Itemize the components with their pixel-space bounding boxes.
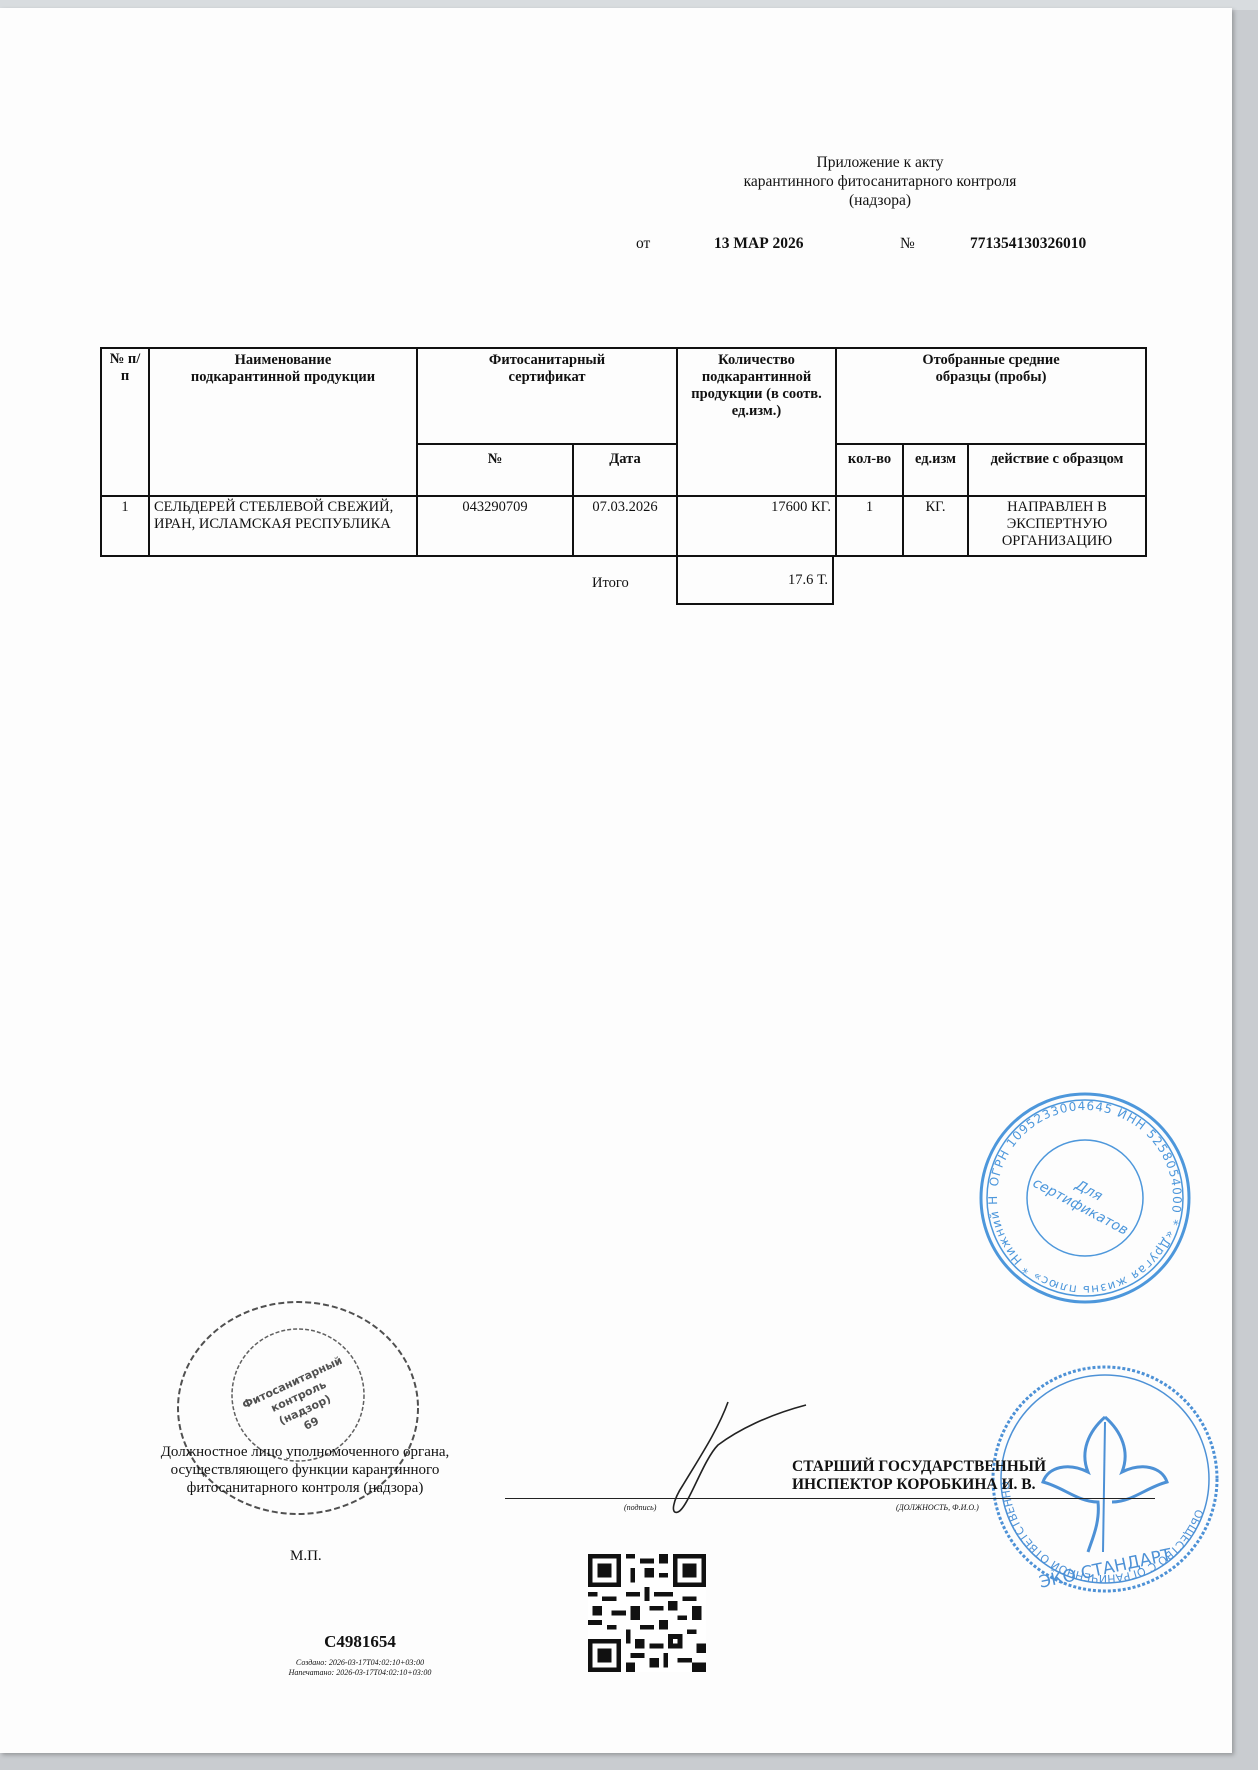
col-header-quantity: Количество подкарантинной продукции (в с… — [677, 348, 836, 496]
cell-num: 1 — [101, 496, 149, 556]
inspector-line-1: СТАРШИЙ ГОСУДАРСТВЕННЫЙ — [792, 1458, 1046, 1476]
position-caption: (ДОЛЖНОСТЬ, Ф.И.О.) — [896, 1503, 979, 1512]
number-label: № — [900, 235, 915, 253]
total-value: 17.6 Т. — [676, 557, 834, 605]
official-caption: Должностное лицо уполномоченного органа,… — [130, 1443, 480, 1497]
table-row: 1 СЕЛЬДЕРЕЙ СТЕБЛЕВОЙ СВЕЖИЙ, ИРАН, ИСЛА… — [101, 496, 1146, 556]
table-header-row: № п/п Наименование подкарантинной продук… — [101, 348, 1146, 444]
col-header-cert-date: Дата — [573, 444, 677, 496]
col-header-certificate: Фитосанитарный сертификат — [417, 348, 677, 444]
total-label: Итого — [592, 575, 629, 592]
header-line-1: Приложение к акту — [690, 153, 1070, 172]
col-header-num: № п/п — [101, 348, 149, 496]
cell-product-name: СЕЛЬДЕРЕЙ СТЕБЛЕВОЙ СВЕЖИЙ, ИРАН, ИСЛАМС… — [149, 496, 417, 556]
cell-cert-no: 043290709 — [417, 496, 573, 556]
col-header-samples: Отобранные средние образцы (пробы) — [836, 348, 1146, 444]
col-header-sample-unit: ед.изм — [903, 444, 968, 496]
seal-place-label: М.П. — [290, 1548, 322, 1565]
signature-caption: (подпись) — [624, 1503, 656, 1512]
printed-timestamp: Напечатано: 2026-03-17T04:02:10+03:00 — [200, 1668, 520, 1678]
act-number: 771354130326010 — [970, 235, 1086, 253]
qr-code-icon — [588, 1553, 706, 1673]
col-header-cert-no: № — [417, 444, 573, 496]
signature-line — [505, 1498, 1155, 1499]
col-header-sample-action: действие с образцом — [968, 444, 1146, 496]
col-header-sample-qty: кол-во — [836, 444, 903, 496]
cell-sample-qty: 1 — [836, 496, 903, 556]
cell-quantity: 17600 КГ. — [677, 496, 836, 556]
cell-cert-date: 07.03.2026 — [573, 496, 677, 556]
header-line-2: карантинного фитосанитарного контроля — [690, 172, 1070, 191]
cell-sample-unit: КГ. — [903, 496, 968, 556]
document-code: C4981654 — [260, 1632, 460, 1652]
round-stamp-icon: ОГРН 1095233004645 ИНН 5258054000 * «Дру… — [975, 1088, 1195, 1308]
svg-text:ЭКО СТАНДАРТ: ЭКО СТАНДАРТ — [1037, 1545, 1174, 1593]
created-timestamp: Создано: 2026-03-17T04:02:10+03:00 — [200, 1658, 520, 1668]
cell-sample-action: НАПРАВЛЕН В ЭКСПЕРТНУЮ ОРГАНИЗАЦИЮ — [968, 496, 1146, 556]
appendix-header: Приложение к акту карантинного фитосанит… — [690, 153, 1070, 210]
inspector-name: СТАРШИЙ ГОСУДАРСТВЕННЫЙ ИНСПЕКТОР КОРОБК… — [792, 1458, 1046, 1494]
header-line-3: (надзора) — [690, 191, 1070, 210]
from-label: от — [636, 235, 650, 253]
document-timestamps: Создано: 2026-03-17T04:02:10+03:00 Напеч… — [200, 1658, 520, 1678]
inspector-line-2: ИНСПЕКТОР КОРОБКИНА И. В. — [792, 1476, 1046, 1494]
act-date: 13 МАР 2026 — [714, 235, 804, 253]
handwritten-signature-icon — [648, 1400, 808, 1520]
products-table: № п/п Наименование подкарантинной продук… — [100, 347, 1147, 557]
col-header-name: Наименование подкарантинной продукции — [149, 348, 417, 496]
